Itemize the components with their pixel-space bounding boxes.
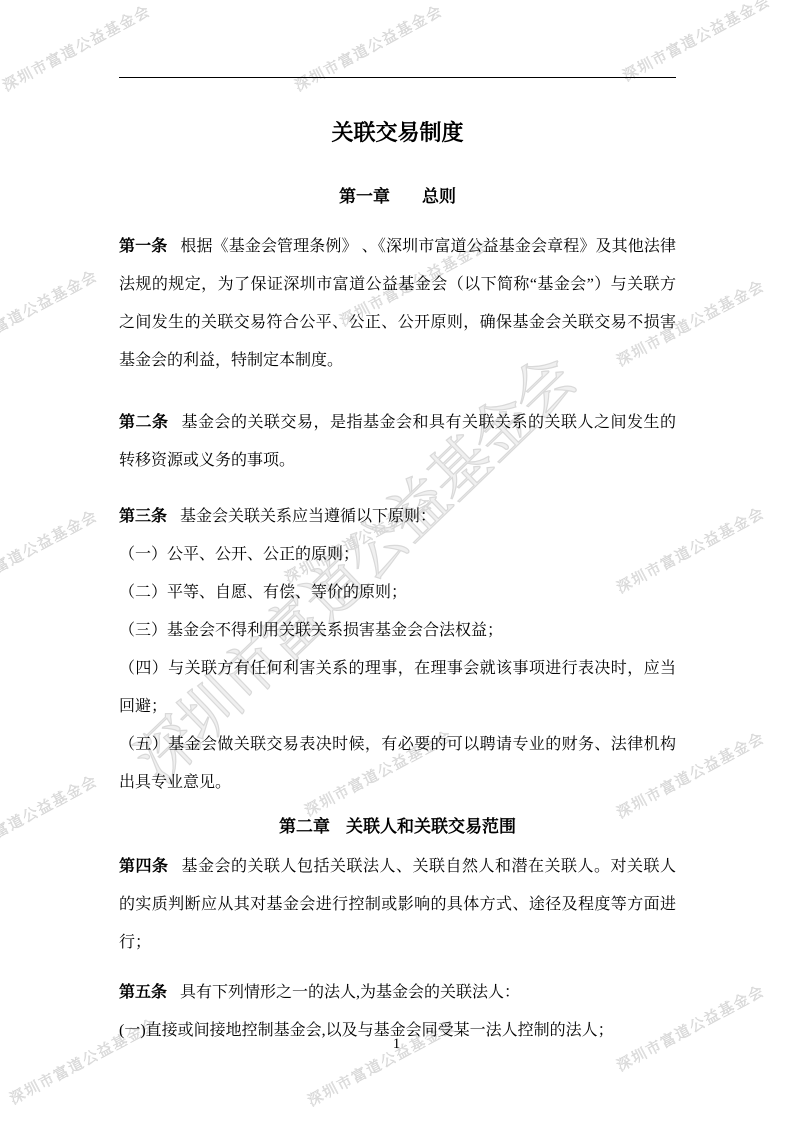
watermark-tile: 深圳市富道公益基金会 [0,268,101,360]
article-3-item-1: （一）公平、公开、公正的原则； [119,536,676,574]
chapter-heading-1: 第一章总则 [119,184,676,210]
watermark-tile: 深圳市富道公益基金会 [620,0,773,85]
article-1: 第一条根据《基金会管理条例》 、《深圳市富道公益基金会章程》及其他法律法规的规定… [119,228,676,380]
article-3-text: 基金会关联关系应当遵循以下原则： [180,508,436,525]
chapter-number: 第一章 [339,187,390,206]
article-3-item-3: （三）基金会不得利用关联关系损害基金会合法权益； [119,612,676,650]
article-2-text: 基金会的关联交易，是指基金会和具有关联关系的关联人之间发生的转移资源或义务的事项… [119,414,676,469]
article-3-label: 第三条 [119,508,180,525]
article-3-item-5: （五）基金会做关联交易表决时候，有必要的可以聘请专业的财务、法律机构出具专业意见… [119,726,676,802]
article-3: 第三条基金会关联关系应当遵循以下原则： [119,498,676,536]
watermark-tile: 深圳市富道公益基金会 [0,508,101,600]
article-4-text: 基金会的关联人包括关联法人、关联自然人和潜在关联人。对关联人的实质判断应从其对基… [119,858,676,951]
article-1-label: 第一条 [119,238,180,255]
chapter-title: 总则 [422,187,456,206]
article-1-text: 根据《基金会管理条例》 、《深圳市富道公益基金会章程》及其他法律法规的规定，为了… [119,238,676,369]
page-number: 1 [0,1036,793,1053]
article-5-text: 具有下列情形之一的法人,为基金会的关联法人： [180,984,520,1001]
page-title: 关联交易制度 [119,118,676,148]
chapter-heading-2: 第二章关联人和关联交易范围 [119,814,676,840]
watermark-tile: 深圳市富道公益基金会 [0,773,101,865]
chapter-number: 第二章 [279,817,330,836]
article-2-label: 第二条 [119,414,182,431]
article-2: 第二条基金会的关联交易，是指基金会和具有关联关系的关联人之间发生的转移资源或义务… [119,404,676,480]
document-content: 关联交易制度 第一章总则 第一条根据《基金会管理条例》 、《深圳市富道公益基金会… [119,78,676,1050]
article-4: 第四条基金会的关联人包括关联法人、关联自然人和潜在关联人。对关联人的实质判断应从… [119,848,676,962]
document-page: 深圳市富道公益基金会 深圳市富道公益基金会深圳市富道公益基金会深圳市富道公益基金… [0,0,793,1122]
article-4-label: 第四条 [119,858,182,875]
article-5: 第五条具有下列情形之一的法人,为基金会的关联法人： [119,974,676,1012]
article-5-label: 第五条 [119,984,180,1001]
article-3-item-4: （四）与关联方有任何利害关系的理事，在理事会就该事项进行表决时，应当回避； [119,650,676,726]
chapter-title: 关联人和关联交易范围 [346,817,516,836]
article-3-item-2: （二）平等、自愿、有偿、等价的原则； [119,574,676,612]
